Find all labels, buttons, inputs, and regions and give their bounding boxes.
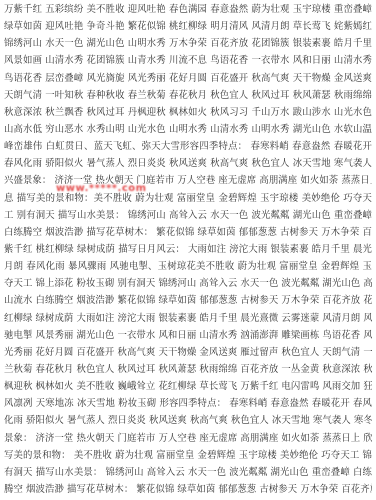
text-line: 光秀丽 花好月圆 百花盛开 秋高气爽 天干物燥 金风送爽 雁过留声 秋色宜人 天… <box>4 344 372 361</box>
text-line: 腾空 烟波浩渺 描写花草树木： 繁花似锦 绿草如茵 郁郁葱葱 古树参天 万木争荣… <box>4 481 372 498</box>
text-line: 峰峦雄伟 白虹贯日、蓝天飞虹、弥天大雪形容四季特点： 春寒料峭 春意盎然 春暖花… <box>4 138 372 155</box>
text-line: 风凛冽 天寒地冻 冰天雪地 粉妆玉砌 形容四季特点： 春寒料峭 春意盎然 春暖花… <box>4 395 372 412</box>
text-line: 天朗气清 一叶知秋 春种秋收 春兰秋菊 春花秋月 秋色宜人 秋风过耳 秋风萧瑟 … <box>4 87 372 104</box>
text-line: 秋意深浓 秋兰飘香 秋风过耳 丹枫迎秋 枫林如火 秋风习习 千山万水 跋山涉水 … <box>4 104 372 121</box>
text-line: 红柳绿 绿树成荫 大雨如注 滂沱大雨 银装素裹 皓月千里 晨光熹微 云雾迷蒙 风… <box>4 310 372 327</box>
text-line: 白练腾空 烟波浩渺 描写花草树木： 繁花似锦 绿草如茵 郁郁葱葱 古树参天 万木… <box>4 224 372 241</box>
text-line: 枫迎秋 枫林如火 美不胜收 巍峨耸立 花红柳绿 草长莺飞 万紫千红 电闪雷鸣 风… <box>4 378 372 395</box>
text-line: 紫千红 桃红柳绿 绿树成荫 描写日月风云： 大雨如注 滂沱大雨 银装素裹 皓月千… <box>4 241 372 258</box>
text-line: 兴盛景象： 济济一堂 热火朝天 门庭若市 万人空巷 座无虚席 高朋满座 如火如荼… <box>4 172 372 189</box>
text-line: 写美的景和物： 美不胜收 蔚为壮观 富丽堂皇 金碧辉煌 玉宇琼楼 美妙绝伦 巧夺… <box>4 447 372 464</box>
text-line: 鸟语花香 层峦叠嶂 风光旖旎 风光秀丽 花好月圆 百花盛开 秋高气爽 天干物燥 … <box>4 70 372 87</box>
text-line: 息 描写美的景和物：美不胜收 蔚为壮观 富丽堂皇 金碧辉煌 玉宇琼楼 美妙绝伦 … <box>4 190 372 207</box>
text-line: 化雨 骄阳似火 暑气蒸人 烈日炎炎 秋风送爽 秋高气爽 秋色宜人 冰天雪地 寒气… <box>4 412 372 429</box>
document-body: 万紫千红 五彩缤纷 美不胜收 迎风吐艳 春色满园 春意盎然 蔚为壮观 玉宇琼楼 … <box>0 0 376 500</box>
text-line: 春风化雨 骄阳似火 暑气蒸人 烈日炎炎 秋风送爽 秋高气爽 秋色宜人 冰天雪地 … <box>4 155 372 172</box>
text-line: 工 别有洞天 描写山水美景： 锦绣河山 高耸入云 水天一色 波光粼粼 湖光山色 … <box>4 207 372 224</box>
text-line: 山流水 白练腾空 烟波浩渺 繁花似锦 绿草如茵 郁郁葱葱 古树参天 万木争荣 百… <box>4 292 372 309</box>
text-line: 景象： 济济一堂 热火朝天 门庭若市 万人空巷 座无虚席 高朋满座 如火如荼 蒸… <box>4 430 372 447</box>
text-line: 万紫千红 五彩缤纷 美不胜收 迎风吐艳 春色满园 春意盎然 蔚为壮观 玉宇琼楼 … <box>4 1 372 18</box>
text-line: 月朗 春风化雨 暴风骤雨 风驰电掣、玉树琼花美不胜收 蔚为壮观 富丽堂皇 金碧辉… <box>4 258 372 275</box>
text-line: 山高水低 穷山恶水 水秀山明 山光水色 山明水秀 山清水秀 山明水秀 湖光山色 … <box>4 121 372 138</box>
text-line: 锦绣河山 水天一色 湖光山色 山明水秀 万木争荣 百花齐放 花团锦簇 银装素裹 … <box>4 35 372 52</box>
text-line: 绿草如茵 迎风吐艳 争奇斗艳 繁花似锦 桃红柳绿 明月清风 风清月朗 草长莺飞 … <box>4 18 372 35</box>
text-line: 夺天工 锦上添花 粉妆玉砌 别有洞天 锦绣河山 高耸入云 水天一色 波光粼粼 湖… <box>4 275 372 292</box>
text-line: 驰电掣 风景秀丽 湖光山色 一衣带水 风和日丽 山清水秀 汹涌澎湃 雕梁画栋 鸟… <box>4 327 372 344</box>
text-line: 兰秋菊 春花秋月 秋色宜人 秋风过耳 秋风萧瑟 秋雨绵绵 百花齐放 一丛金黄 秋… <box>4 361 372 378</box>
text-line: 风景如画 山清水秀 花团锦簇 山青水秀 川流不息 鸟语花香 一衣带水 风和日丽 … <box>4 52 372 69</box>
text-line: 有洞天 描写山水美景： 锦绣河山 高耸入云 水天一色 波光粼粼 湖光山色 重峦叠… <box>4 464 372 481</box>
